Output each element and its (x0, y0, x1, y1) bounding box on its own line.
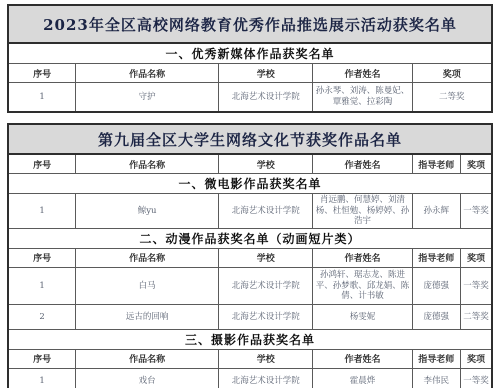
cell-serial: 1 (8, 83, 76, 113)
cell-award: 一等奖 (461, 368, 493, 388)
cell-authors: 孙永琴、刘涛、陈曼妃、覃雅觉、拉彩陶 (313, 83, 412, 113)
cell-work-title: 白马 (76, 267, 219, 304)
column-header-authors: 作者姓名 (313, 349, 412, 368)
cell-work-title: 鲸yu (76, 194, 219, 229)
cell-authors: 杨雯妮 (313, 304, 412, 329)
section-heading-micro-film: 一、微电影作品获奖名单 (8, 174, 492, 194)
column-header-award: 奖项 (461, 154, 493, 174)
column-header-authors: 作者姓名 (313, 64, 412, 83)
table-title-row: 2023年全区高校网络教育优秀作品推选展示活动获奖名单 (8, 5, 492, 43)
section-heading-row: 三、摄影作品获奖名单 (8, 329, 492, 349)
cell-work-title: 守护 (76, 83, 219, 113)
cell-serial: 1 (8, 194, 76, 229)
column-header-teacher: 指导老师 (412, 248, 460, 267)
cell-serial: 1 (8, 267, 76, 304)
cell-authors: 孙鸿轩、琚志龙、陈进平、孙梦歌、邱龙娟、陈倩、计书敏 (313, 267, 412, 304)
column-header-work: 作品名称 (76, 248, 219, 267)
table-row: 2 远古的回响 北海艺术设计学院 杨雯妮 庞德强 二等奖 (8, 304, 492, 329)
header-row: 序号 作品名称 学校 作者姓名 指导老师 奖项 (8, 349, 492, 368)
cell-school: 北海艺术设计学院 (219, 304, 313, 329)
cell-teacher: 庞德强 (412, 304, 460, 329)
cell-award: 一等奖 (461, 194, 493, 229)
column-header-school: 学校 (219, 64, 313, 83)
column-header-school: 学校 (219, 349, 313, 368)
table-row: 1 守护 北海艺术设计学院 孙永琴、刘涛、陈曼妃、覃雅觉、拉彩陶 二等奖 (8, 83, 492, 113)
column-header-work: 作品名称 (76, 349, 219, 368)
section-heading-row: 二、动漫作品获奖名单（动画短片类） (8, 228, 492, 248)
section-heading-photography: 三、摄影作品获奖名单 (8, 329, 492, 349)
cell-authors: 霍晨烨 (313, 368, 412, 388)
cell-teacher: 李伟民 (412, 368, 460, 388)
column-header-award: 奖项 (461, 248, 493, 267)
section-heading-row: 一、微电影作品获奖名单 (8, 174, 492, 194)
document-page: 2023年全区高校网络教育优秀作品推选展示活动获奖名单 一、优秀新媒体作品获奖名… (0, 0, 500, 388)
awards-table-2023: 2023年全区高校网络教育优秀作品推选展示活动获奖名单 一、优秀新媒体作品获奖名… (7, 4, 493, 113)
table-gap (7, 113, 493, 123)
cell-teacher: 庞德强 (412, 267, 460, 304)
header-row: 序号 作品名称 学校 作者姓名 指导老师 奖项 (8, 154, 492, 174)
table2-title: 第九届全区大学生网络文化节获奖作品名单 (8, 124, 492, 154)
column-header-work: 作品名称 (76, 64, 219, 83)
header-row: 序号 作品名称 学校 作者姓名 奖项 (8, 64, 492, 83)
column-header-work: 作品名称 (76, 154, 219, 174)
cell-award: 一等奖 (461, 267, 493, 304)
cell-school: 北海艺术设计学院 (219, 194, 313, 229)
column-header-teacher: 指导老师 (412, 349, 460, 368)
cell-school: 北海艺术设计学院 (219, 83, 313, 113)
section-heading-row: 一、优秀新媒体作品获奖名单 (8, 43, 492, 64)
table-row: 1 戏台 北海艺术设计学院 霍晨烨 李伟民 一等奖 (8, 368, 492, 388)
header-row: 序号 作品名称 学校 作者姓名 指导老师 奖项 (8, 248, 492, 267)
cell-school: 北海艺术设计学院 (219, 368, 313, 388)
section-heading-animation: 二、动漫作品获奖名单（动画短片类） (8, 228, 492, 248)
column-header-school: 学校 (219, 248, 313, 267)
cell-school: 北海艺术设计学院 (219, 267, 313, 304)
table-row: 1 白马 北海艺术设计学院 孙鸿轩、琚志龙、陈进平、孙梦歌、邱龙娟、陈倩、计书敏… (8, 267, 492, 304)
table-row: 1 鲸yu 北海艺术设计学院 肖远鹏、何慧婷、刘清杨、杜恒勉、杨婷婷、孙浩宇 孙… (8, 194, 492, 229)
cell-authors: 肖远鹏、何慧婷、刘清杨、杜恒勉、杨婷婷、孙浩宇 (313, 194, 412, 229)
column-header-award: 奖项 (461, 349, 493, 368)
table1-title: 2023年全区高校网络教育优秀作品推选展示活动获奖名单 (8, 5, 492, 43)
table-title-row: 第九届全区大学生网络文化节获奖作品名单 (8, 124, 492, 154)
column-header-school: 学校 (219, 154, 313, 174)
column-header-serial: 序号 (8, 64, 76, 83)
column-header-serial: 序号 (8, 154, 76, 174)
cell-award: 二等奖 (461, 304, 493, 329)
column-header-authors: 作者姓名 (313, 248, 412, 267)
cell-serial: 2 (8, 304, 76, 329)
column-header-teacher: 指导老师 (412, 154, 460, 174)
column-header-award: 奖项 (412, 64, 492, 83)
awards-table-culture-festival: 第九届全区大学生网络文化节获奖作品名单 序号 作品名称 学校 作者姓名 指导老师… (7, 123, 493, 388)
column-header-authors: 作者姓名 (313, 154, 412, 174)
cell-serial: 1 (8, 368, 76, 388)
section-heading-new-media: 一、优秀新媒体作品获奖名单 (8, 43, 492, 64)
column-header-serial: 序号 (8, 349, 76, 368)
cell-work-title: 远古的回响 (76, 304, 219, 329)
cell-award: 二等奖 (412, 83, 492, 113)
cell-work-title: 戏台 (76, 368, 219, 388)
column-header-serial: 序号 (8, 248, 76, 267)
cell-teacher: 孙永辉 (412, 194, 460, 229)
